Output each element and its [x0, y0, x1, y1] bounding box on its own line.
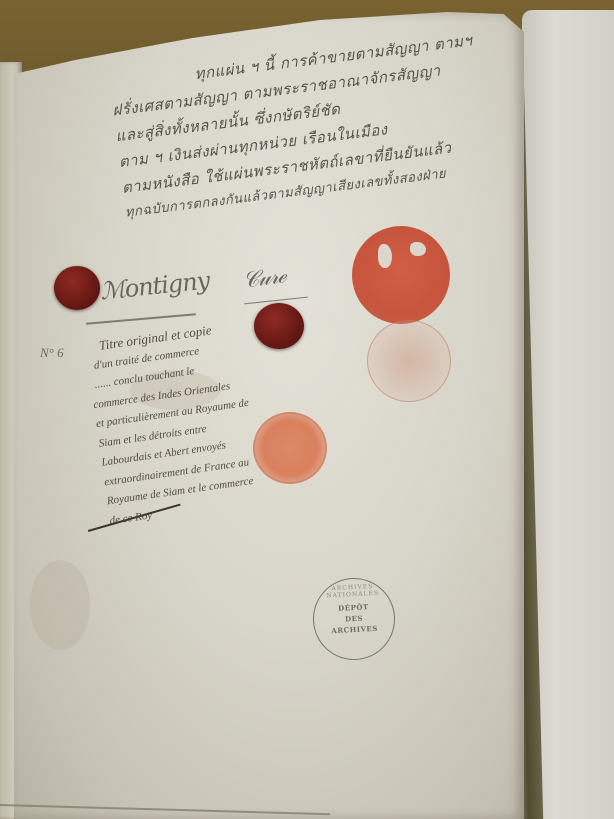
- red-ink-seal: [352, 226, 450, 324]
- stamp-arc-text: ARCHIVES NATIONALES: [312, 582, 393, 600]
- paper-stain: [30, 560, 90, 650]
- seal-detail: [410, 242, 426, 256]
- wax-seal-left: [54, 266, 100, 310]
- french-annotation: Titre original et copie d'un traité de c…: [84, 302, 369, 531]
- margin-number: N° 6: [40, 345, 64, 361]
- seal-detail: [378, 244, 392, 268]
- stamp-line-3: ARCHIVES: [314, 623, 394, 636]
- faint-red-seal: [367, 320, 451, 402]
